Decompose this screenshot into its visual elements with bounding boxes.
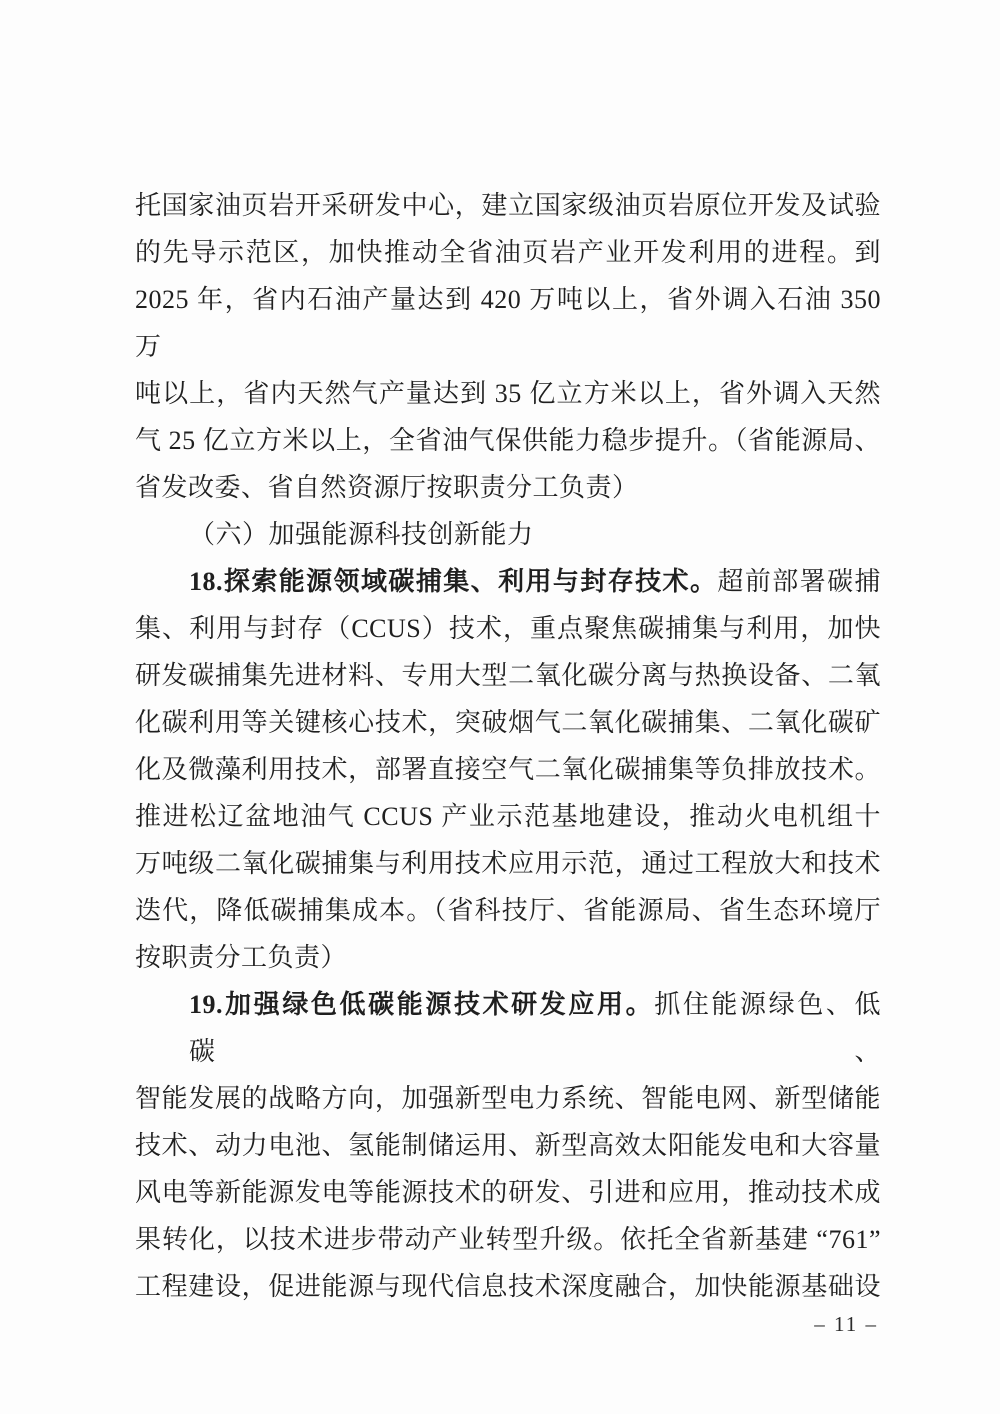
body-text: 万吨级二氧化碳捕集与利用技术应用示范，通过工程放大和技术: [135, 849, 881, 878]
body-text: 化碳利用等关键核心技术，突破烟气二氧化碳捕集、二氧化碳矿: [135, 708, 881, 737]
text-line: 气 25 亿立方米以上，全省油气保供能力稳步提升。（省能源局、: [135, 417, 881, 464]
text-line: （六）加强能源科技创新能力: [135, 511, 881, 558]
body-text: 按职责分工负责）: [135, 943, 347, 972]
body-text: （六）加强能源科技创新能力: [189, 520, 534, 549]
body-text: 超前部署碳捕: [717, 567, 881, 596]
text-line: 吨以上，省内天然气产量达到 35 亿立方米以上，省外调入天然: [135, 370, 881, 417]
text-line: 托国家油页岩开采研发中心，建立国家级油页岩原位开发及试验: [135, 182, 881, 229]
text-line: 风电等新能源发电等能源技术的研发、引进和应用，推动技术成: [135, 1169, 881, 1216]
body-text: 化及微藻利用技术，部署直接空气二氧化碳捕集等负排放技术。: [135, 755, 881, 784]
body-text: 气 25 亿立方米以上，全省油气保供能力稳步提升。（省能源局、: [135, 426, 881, 455]
body-text: 省发改委、省自然资源厅按职责分工负责）: [135, 473, 639, 502]
body-text: 吨以上，省内天然气产量达到 35 亿立方米以上，省外调入天然: [135, 379, 881, 408]
body-text: 工程建设，促进能源与现代信息技术深度融合，加快能源基础设: [135, 1272, 881, 1301]
text-line: 化及微藻利用技术，部署直接空气二氧化碳捕集等负排放技术。: [135, 746, 881, 793]
text-line: 工程建设，促进能源与现代信息技术深度融合，加快能源基础设: [135, 1263, 881, 1310]
text-line: 技术、动力电池、氢能制储运用、新型高效太阳能发电和大容量: [135, 1122, 881, 1169]
body-text: 集、利用与封存（CCUS）技术，重点聚焦碳捕集与利用，加快: [135, 614, 881, 643]
text-line: 按职责分工负责）: [135, 934, 881, 981]
document-page: 托国家油页岩开采研发中心，建立国家级油页岩原位开发及试验的先导示范区，加快推动全…: [0, 0, 1000, 1414]
text-line: 万吨级二氧化碳捕集与利用技术应用示范，通过工程放大和技术: [135, 840, 881, 887]
text-line: 化碳利用等关键核心技术，突破烟气二氧化碳捕集、二氧化碳矿: [135, 699, 881, 746]
page-number: – 11 –: [814, 1310, 878, 1338]
text-line: 19.加强绿色低碳能源技术研发应用。抓住能源绿色、低碳、: [135, 981, 881, 1075]
body-text: 的先导示范区，加快推动全省油页岩产业开发利用的进程。到: [135, 238, 881, 267]
text-line: 集、利用与封存（CCUS）技术，重点聚焦碳捕集与利用，加快: [135, 605, 881, 652]
body-text: 研发碳捕集先进材料、专用大型二氧化碳分离与热换设备、二氧: [135, 661, 881, 690]
paragraph-heading-text: 19.加强绿色低碳能源技术研发应用。: [189, 990, 654, 1019]
text-line: 的先导示范区，加快推动全省油页岩产业开发利用的进程。到: [135, 229, 881, 276]
body-text: 智能发展的战略方向，加强新型电力系统、智能电网、新型储能: [135, 1084, 881, 1113]
body-text: 风电等新能源发电等能源技术的研发、引进和应用，推动技术成: [135, 1178, 881, 1207]
paragraph-heading-text: 18.探索能源领域碳捕集、利用与封存技术。: [189, 567, 717, 596]
text-block: 托国家油页岩开采研发中心，建立国家级油页岩原位开发及试验的先导示范区，加快推动全…: [135, 182, 881, 1310]
text-line: 18.探索能源领域碳捕集、利用与封存技术。超前部署碳捕: [135, 558, 881, 605]
body-text: 迭代，降低碳捕集成本。（省科技厅、省能源局、省生态环境厅: [135, 896, 881, 925]
text-line: 智能发展的战略方向，加强新型电力系统、智能电网、新型储能: [135, 1075, 881, 1122]
body-text: 托国家油页岩开采研发中心，建立国家级油页岩原位开发及试验: [135, 191, 881, 220]
text-line: 研发碳捕集先进材料、专用大型二氧化碳分离与热换设备、二氧: [135, 652, 881, 699]
text-line: 省发改委、省自然资源厅按职责分工负责）: [135, 464, 881, 511]
text-line: 果转化，以技术进步带动产业转型升级。依托全省新基建 “761”: [135, 1216, 881, 1263]
body-text: 2025 年，省内石油产量达到 420 万吨以上，省外调入石油 350 万: [135, 285, 881, 361]
body-text: 推进松辽盆地油气 CCUS 产业示范基地建设，推动火电机组十: [135, 802, 881, 831]
body-text: 果转化，以技术进步带动产业转型升级。依托全省新基建 “761”: [135, 1225, 881, 1254]
text-line: 推进松辽盆地油气 CCUS 产业示范基地建设，推动火电机组十: [135, 793, 881, 840]
text-line: 2025 年，省内石油产量达到 420 万吨以上，省外调入石油 350 万: [135, 276, 881, 370]
body-text: 技术、动力电池、氢能制储运用、新型高效太阳能发电和大容量: [135, 1131, 881, 1160]
text-line: 迭代，降低碳捕集成本。（省科技厅、省能源局、省生态环境厅: [135, 887, 881, 934]
